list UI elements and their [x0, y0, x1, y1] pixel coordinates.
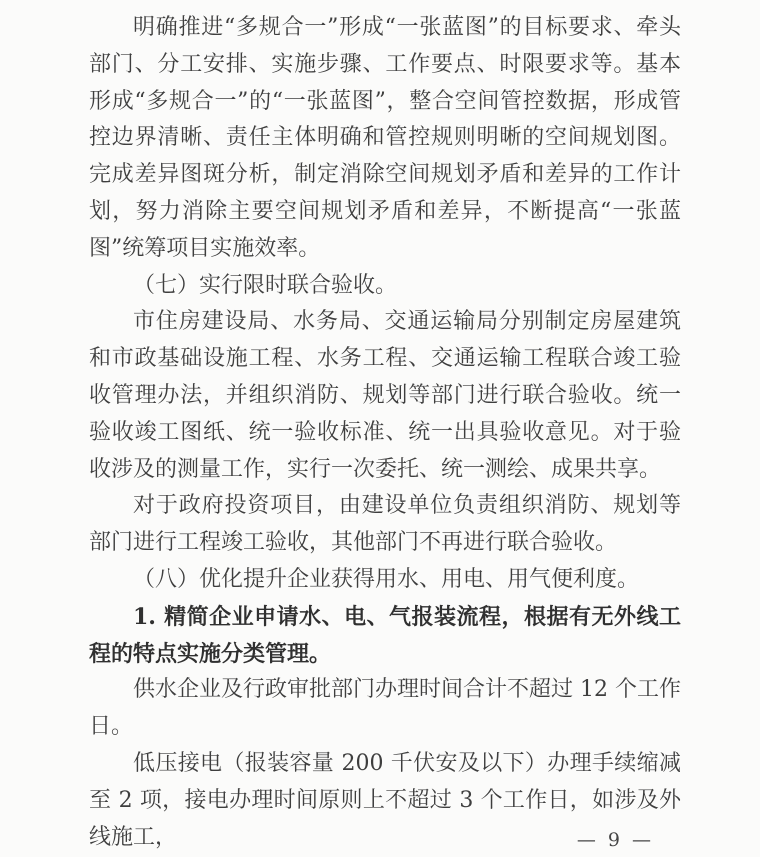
emphasis-paragraph: 1. 精简企业申请水、电、气报装流程，根据有无外线工程的特点实施分类管理。 — [89, 599, 681, 673]
paragraph: 明确推进“多规合一”形成“一张蓝图”的目标要求、牵头部门、分工安排、实施步骤、工… — [89, 10, 681, 268]
section-heading: （七）实行限时联合验收。 — [89, 268, 681, 305]
paragraph: 对于政府投资项目，由建设单位负责组织消防、规划等部门进行工程竣工验收，其他部门不… — [89, 488, 681, 562]
section-heading: （八）优化提升企业获得用水、用电、用气便利度。 — [89, 562, 681, 599]
document-body: 明确推进“多规合一”形成“一张蓝图”的目标要求、牵头部门、分工安排、实施步骤、工… — [89, 10, 681, 856]
document-page: 明确推进“多规合一”形成“一张蓝图”的目标要求、牵头部门、分工安排、实施步骤、工… — [0, 0, 760, 857]
page-number: — 9 — — [577, 829, 654, 851]
paragraph: 市住房建设局、水务局、交通运输局分别制定房屋建筑和市政基础设施工程、水务工程、交… — [89, 304, 681, 488]
paragraph: 供水企业及行政审批部门办理时间合计不超过 12 个工作日。 — [89, 672, 681, 746]
